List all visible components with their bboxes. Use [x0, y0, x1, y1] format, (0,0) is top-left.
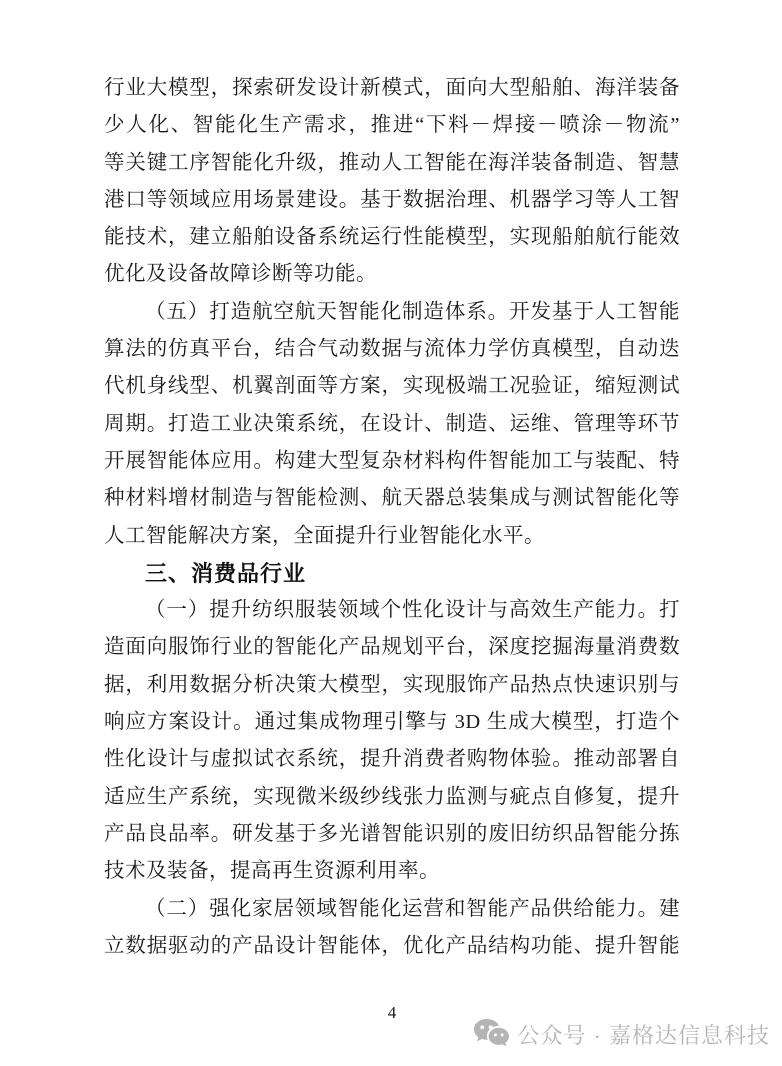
- text-line: （五）打造航空航天智能化制造体系。开发基于人工智能: [104, 294, 680, 331]
- wechat-icon: [473, 1018, 510, 1051]
- text-line: 开展智能体应用。构建大型复杂材料构件智能加工与装配、特: [104, 443, 680, 480]
- text-line: 等关键工序智能化升级，推动人工智能在海洋装备制造、智慧: [104, 145, 680, 182]
- text-line: 产品良品率。研发基于多光谱智能识别的废旧纺织品智能分拣: [104, 816, 680, 853]
- paragraph-textile-apparel: （一）提升纺织服装领域个性化设计与高效生产能力。打 造面向服饰行业的智能化产品规…: [104, 592, 680, 890]
- watermark-label: 公众号 · 嘉格达信息科技: [517, 1019, 770, 1050]
- text-line: 据，利用数据分析决策大模型，实现服饰产品热点快速识别与: [104, 667, 680, 704]
- text-line: 立数据驱动的产品设计智能体，优化产品结构功能、提升智能: [104, 928, 680, 965]
- text-line: 人工智能解决方案，全面提升行业智能化水平。: [104, 518, 680, 555]
- text-line: （二）强化家居领域智能化运营和智能产品供给能力。建: [104, 891, 680, 928]
- paragraph-ship-continuation: 行业大模型，探索研发设计新模式，面向大型船舶、海洋装备 少人化、智能化生产需求，…: [104, 70, 680, 294]
- text-line: 周期。打造工业决策系统，在设计、制造、运维、管理等环节: [104, 406, 680, 443]
- text-line: 能技术，建立船舶设备系统运行性能模型，实现船舶航行能效: [104, 219, 680, 256]
- body-text: 行业大模型，探索研发设计新模式，面向大型船舶、海洋装备 少人化、智能化生产需求，…: [104, 70, 680, 965]
- text-line: 适应生产系统，实现微米级纱线张力监测与疵点自修复，提升: [104, 779, 680, 816]
- text-line: 行业大模型，探索研发设计新模式，面向大型船舶、海洋装备: [104, 70, 680, 107]
- text-line: 少人化、智能化生产需求，推进“下料－焊接－喷涂－物流”: [104, 107, 680, 144]
- text-line: 优化及设备故障诊断等功能。: [104, 256, 680, 293]
- text-line: 响应方案设计。通过集成物理引擎与 3D 生成大模型，打造个: [104, 704, 680, 741]
- paragraph-aerospace: （五）打造航空航天智能化制造体系。开发基于人工智能 算法的仿真平台，结合气动数据…: [104, 294, 680, 555]
- watermark: 公众号 · 嘉格达信息科技: [473, 1018, 770, 1051]
- paragraph-home-furnishing: （二）强化家居领域智能化运营和智能产品供给能力。建 立数据驱动的产品设计智能体，…: [104, 891, 680, 966]
- text-line: 种材料增材制造与智能检测、航天器总装集成与测试智能化等: [104, 480, 680, 517]
- text-line: 性化设计与虚拟试衣系统，提升消费者购物体验。推动部署自: [104, 741, 680, 778]
- text-line: （一）提升纺织服装领域个性化设计与高效生产能力。打: [104, 592, 680, 629]
- section-heading-consumer-goods: 三、消费品行业: [104, 555, 680, 592]
- text-line: 代机身线型、机翼剖面等方案，实现极端工况验证，缩短测试: [104, 368, 680, 405]
- document-page: 行业大模型，探索研发设计新模式，面向大型船舶、海洋装备 少人化、智能化生产需求，…: [0, 0, 782, 1066]
- text-line: 技术及装备，提高再生资源利用率。: [104, 853, 680, 890]
- text-line: 算法的仿真平台，结合气动数据与流体力学仿真模型，自动迭: [104, 331, 680, 368]
- text-line: 港口等领域应用场景建设。基于数据治理、机器学习等人工智: [104, 182, 680, 219]
- text-line: 造面向服饰行业的智能化产品规划平台，深度挖掘海量消费数: [104, 629, 680, 666]
